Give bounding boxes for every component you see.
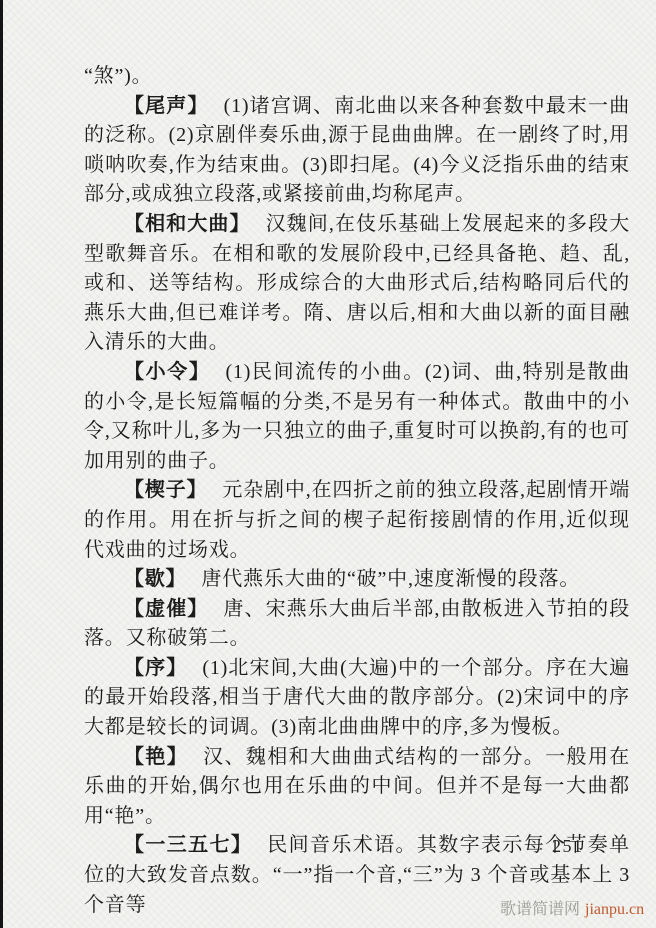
entry-term: 【序】 [124,657,187,679]
watermark: 歌谱简谱网jianpu.cn [500,896,644,919]
watermark-site-url: jianpu.cn [585,901,644,918]
book-page: “煞”)。 【尾声】(1)诸宫调、南北曲以来各种套数中最末一曲的泛称。(2)京剧… [0,0,656,928]
entry-term: 【楔子】 [124,479,207,501]
entry-term: 【歇】 [124,568,186,590]
entry-term: 【小令】 [124,361,210,383]
entry-term: 【尾声】 [124,95,209,117]
glossary-entry: 【楔子】元杂剧中,在四折之前的独立段落,起剧情开端的作用。用在折与折之间的楔子起… [84,476,630,565]
entry-term: 【虚催】 [124,598,208,620]
glossary-entry: 【艳】汉、魏相和大曲曲式结构的一部分。一般用在乐曲的开始,偶尔也用在乐曲的中间。… [84,743,630,832]
glossary-entry: 【歇】唐代燕乐大曲的“破”中,速度渐慢的段落。 [84,565,630,595]
continuation-line: “煞”)。 [84,62,630,92]
glossary-entry: 【小令】(1)民间流传的小曲。(2)词、曲,特别是散曲的小令,是长短篇幅的分类,… [84,358,630,476]
entry-term: 【相和大曲】 [124,213,251,235]
scan-left-edge [0,0,3,928]
glossary-entry: 【相和大曲】汉魏间,在伎乐基础上发展起来的多段大型歌舞音乐。在相和歌的发展阶段中… [84,210,630,358]
entry-definition: 唐代燕乐大曲的“破”中,速度渐慢的段落。 [201,568,580,590]
entry-term: 【艳】 [124,746,188,768]
entry-term: 【一三五七】 [124,834,252,856]
glossary-text-block: “煞”)。 【尾声】(1)诸宫调、南北曲以来各种套数中最末一曲的泛称。(2)京剧… [84,62,630,920]
page-number: 251 [552,836,584,857]
watermark-site-name: 歌谱简谱网 [500,901,580,918]
glossary-entry: 【序】(1)北宋间,大曲(大遍)中的一个部分。序在大遍的最开始段落,相当于唐代大… [84,654,630,743]
glossary-entry: 【尾声】(1)诸宫调、南北曲以来各种套数中最末一曲的泛称。(2)京剧伴奏乐曲,源… [84,92,630,210]
glossary-entry: 【虚催】唐、宋燕乐大曲后半部,由散板进入节拍的段落。又称破第二。 [84,595,630,654]
continuation-text: “煞”)。 [84,65,152,87]
